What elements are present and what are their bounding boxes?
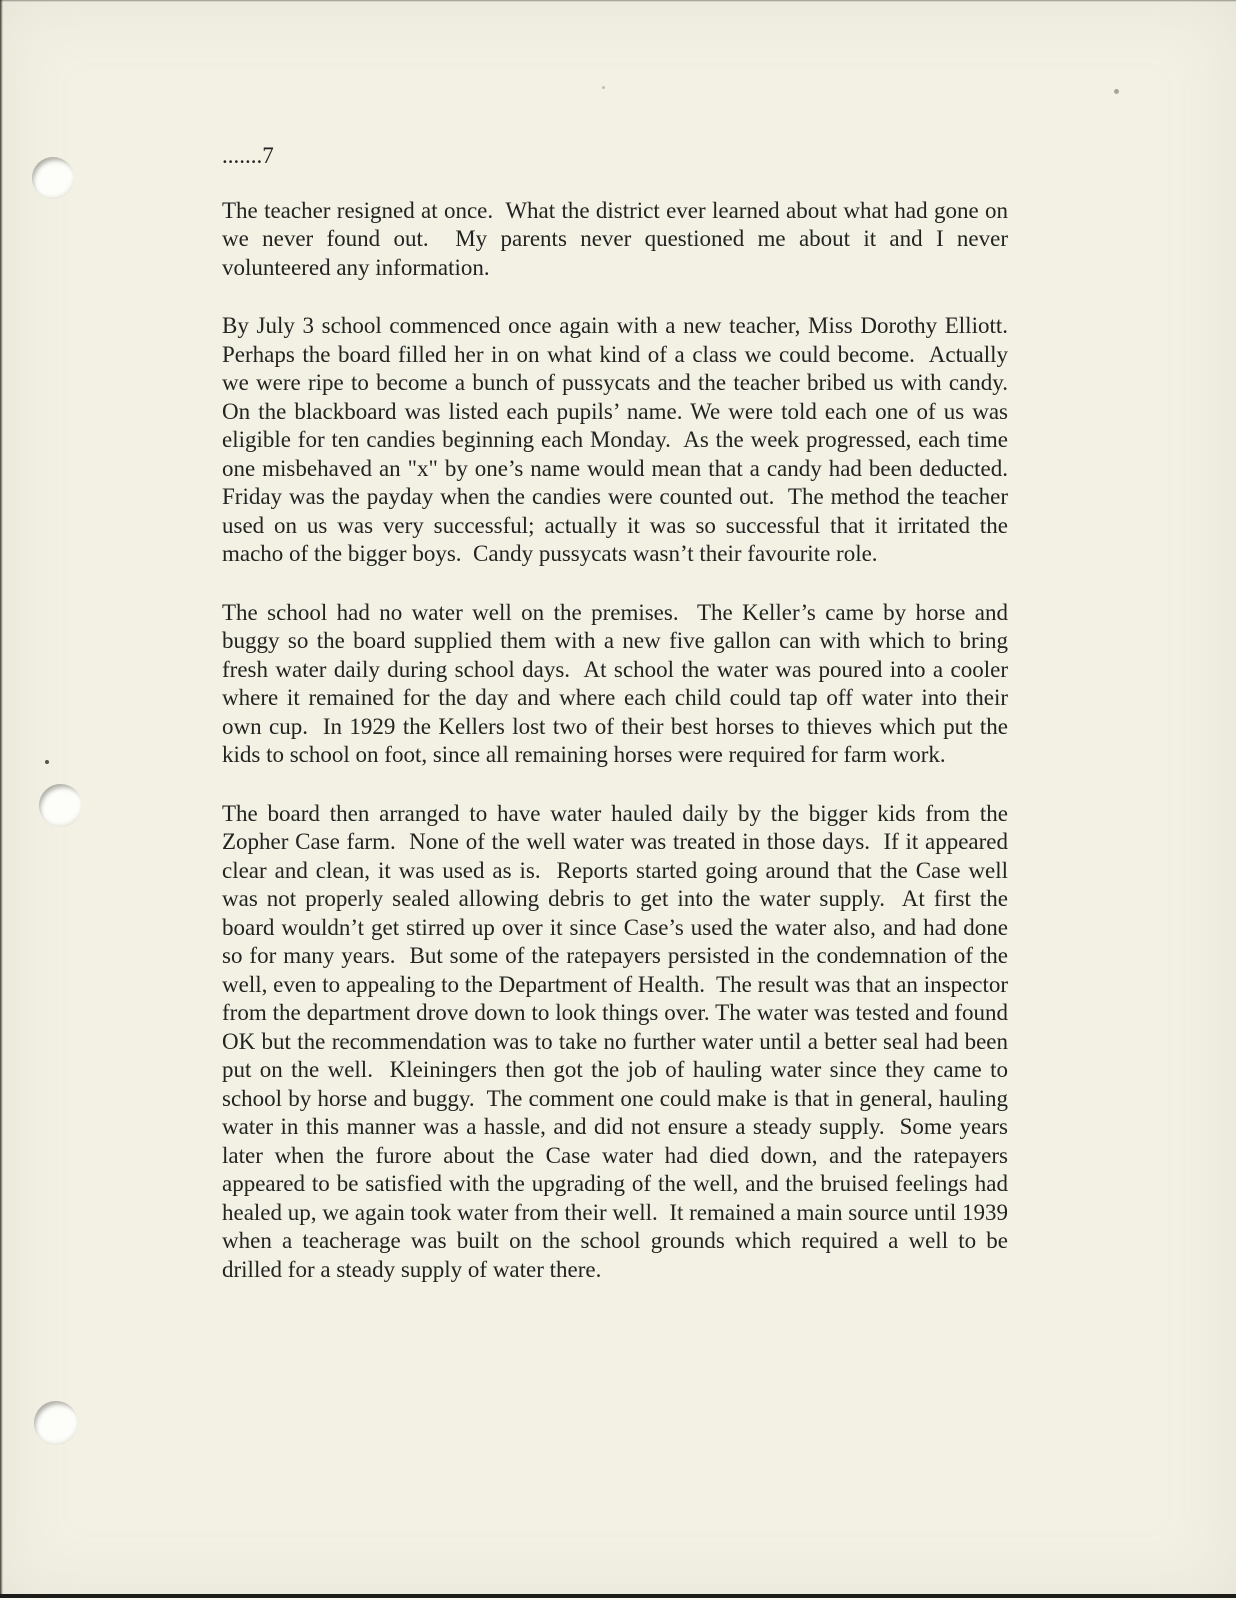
dust-speck	[602, 86, 605, 89]
paragraph-new-teacher-candy: By July 3 school commenced once again wi…	[222, 312, 1008, 569]
document-page: .......7 The teacher resigned at once. W…	[0, 0, 1236, 1600]
text-block: .......7 The teacher resigned at once. W…	[222, 142, 1008, 1284]
paragraph-water-hauling: The board then arranged to have water ha…	[222, 800, 1008, 1285]
page-number: .......7	[222, 142, 1008, 171]
scan-edge-top	[0, 0, 1236, 2]
paragraph-no-water-well: The school had no water well on the prem…	[222, 599, 1008, 770]
dust-speck	[45, 760, 49, 764]
dust-speck	[1114, 89, 1119, 94]
punch-hole	[34, 1401, 78, 1445]
scan-edge-left	[0, 0, 3, 1600]
punch-hole	[39, 784, 82, 827]
punch-hole	[32, 157, 74, 199]
paragraph-teacher-resigned: The teacher resigned at once. What the d…	[222, 197, 1008, 283]
